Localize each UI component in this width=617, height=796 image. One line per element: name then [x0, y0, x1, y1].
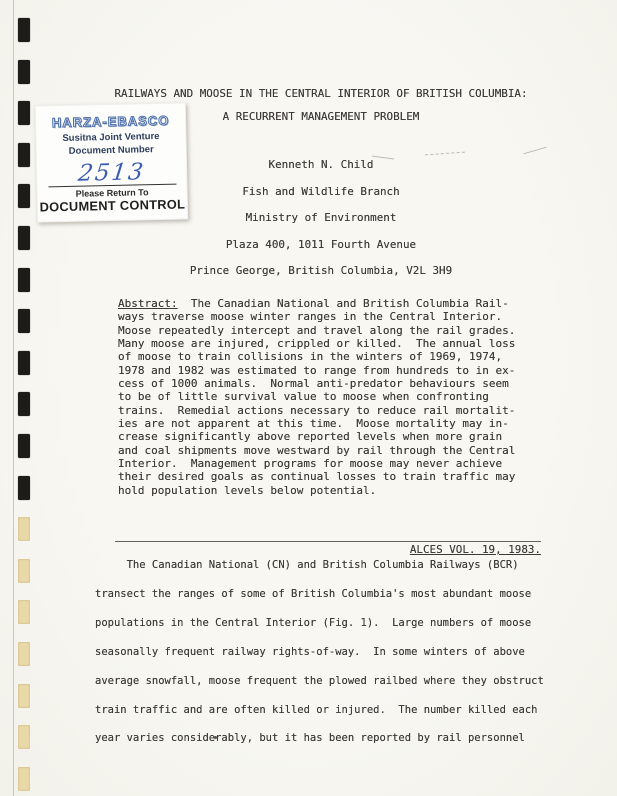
- body-line: train traffic and are often killed or in…: [95, 696, 565, 725]
- abstract-line: ways traverse moose winter ranges in the…: [118, 310, 530, 323]
- binding-hole: [18, 351, 30, 375]
- body-line: year varies considerably, but it has bee…: [95, 724, 565, 753]
- abstract: Abstract: The Canadian National and Brit…: [118, 297, 530, 497]
- binding-hole: [18, 559, 30, 583]
- body-line: transect the ranges of some of British C…: [95, 580, 565, 609]
- abstract-line: Moose repeatedly intercept and travel al…: [118, 324, 530, 337]
- abstract-line: trains. Remedial actions necessary to re…: [118, 404, 530, 417]
- citation-rule: ALCES VOL. 19, 1983.: [115, 523, 541, 542]
- page-edge-line: [13, 0, 14, 796]
- abstract-line: Interior. Management programs for moose …: [118, 457, 530, 470]
- binding-hole: [18, 268, 30, 292]
- binding-hole: [18, 143, 30, 167]
- body-line: seasonally frequent railway rights-of-wa…: [95, 638, 565, 667]
- binding-hole: [18, 101, 30, 125]
- abstract-line: Many moose are injured, crippled or kill…: [118, 337, 530, 350]
- binding-hole: [18, 18, 30, 42]
- binding-hole: [18, 684, 30, 708]
- abstract-line: to be of little survival value to moose …: [118, 390, 530, 403]
- abstract-label: Abstract:: [118, 297, 178, 310]
- ink-dot: [214, 736, 217, 739]
- scanned-document-page: HARZA-EBASCO Susitna Joint Venture Docum…: [0, 0, 617, 796]
- binding-hole: [18, 767, 30, 791]
- binding-hole: [18, 309, 30, 333]
- abstract-line: and coal shipments move westward by rail…: [118, 444, 530, 457]
- binding-hole: [18, 517, 30, 541]
- abstract-line: crease significantly above reported leve…: [118, 430, 530, 443]
- abstract-line: cess of 1000 animals. Normal anti-predat…: [118, 377, 530, 390]
- body-line: populations in the Central Interior (Fig…: [95, 609, 565, 638]
- binding-hole: [18, 392, 30, 416]
- binding-hole: [18, 184, 30, 208]
- document-stamp: HARZA-EBASCO Susitna Joint Venture Docum…: [35, 102, 188, 222]
- abstract-first-line: Abstract: The Canadian National and Brit…: [118, 297, 530, 310]
- abstract-line: their desired goals as continual losses …: [118, 470, 530, 483]
- page-title: RAILWAYS AND MOOSE IN THE CENTRAL INTERI…: [95, 87, 547, 100]
- binding-hole: [18, 600, 30, 624]
- abstract-line: ies are not apparent at this time. Moose…: [118, 417, 530, 430]
- body-paragraph: The Canadian National (CN) and British C…: [95, 551, 565, 753]
- binding-hole: [18, 725, 30, 749]
- stamp-number-handwritten: 2513: [35, 156, 187, 188]
- author-line: Plaza 400, 1011 Fourth Avenue: [95, 232, 547, 259]
- body-line: average snowfall, moose frequent the plo…: [95, 667, 565, 696]
- abstract-first-line-text: The Canadian National and British Columb…: [178, 297, 509, 310]
- binding-hole: [18, 434, 30, 458]
- binding-hole: [18, 642, 30, 666]
- body-line: The Canadian National (CN) and British C…: [95, 551, 565, 580]
- abstract-lines: ways traverse moose winter ranges in the…: [118, 310, 530, 497]
- binding-hole: [18, 476, 30, 500]
- binding-hole: [18, 60, 30, 84]
- stamp-control-label: DOCUMENT CONTROL: [38, 196, 187, 214]
- author-line: Prince George, British Columbia, V2L 3H9: [95, 258, 547, 285]
- stamp-brand-logo: HARZA-EBASCO: [36, 112, 185, 130]
- abstract-line: 1978 and 1982 was estimated to range fro…: [118, 364, 530, 377]
- binding-hole: [18, 226, 30, 250]
- abstract-line: hold population levels below potential.: [118, 484, 530, 497]
- abstract-line: of moose to train collisions in the wint…: [118, 350, 530, 363]
